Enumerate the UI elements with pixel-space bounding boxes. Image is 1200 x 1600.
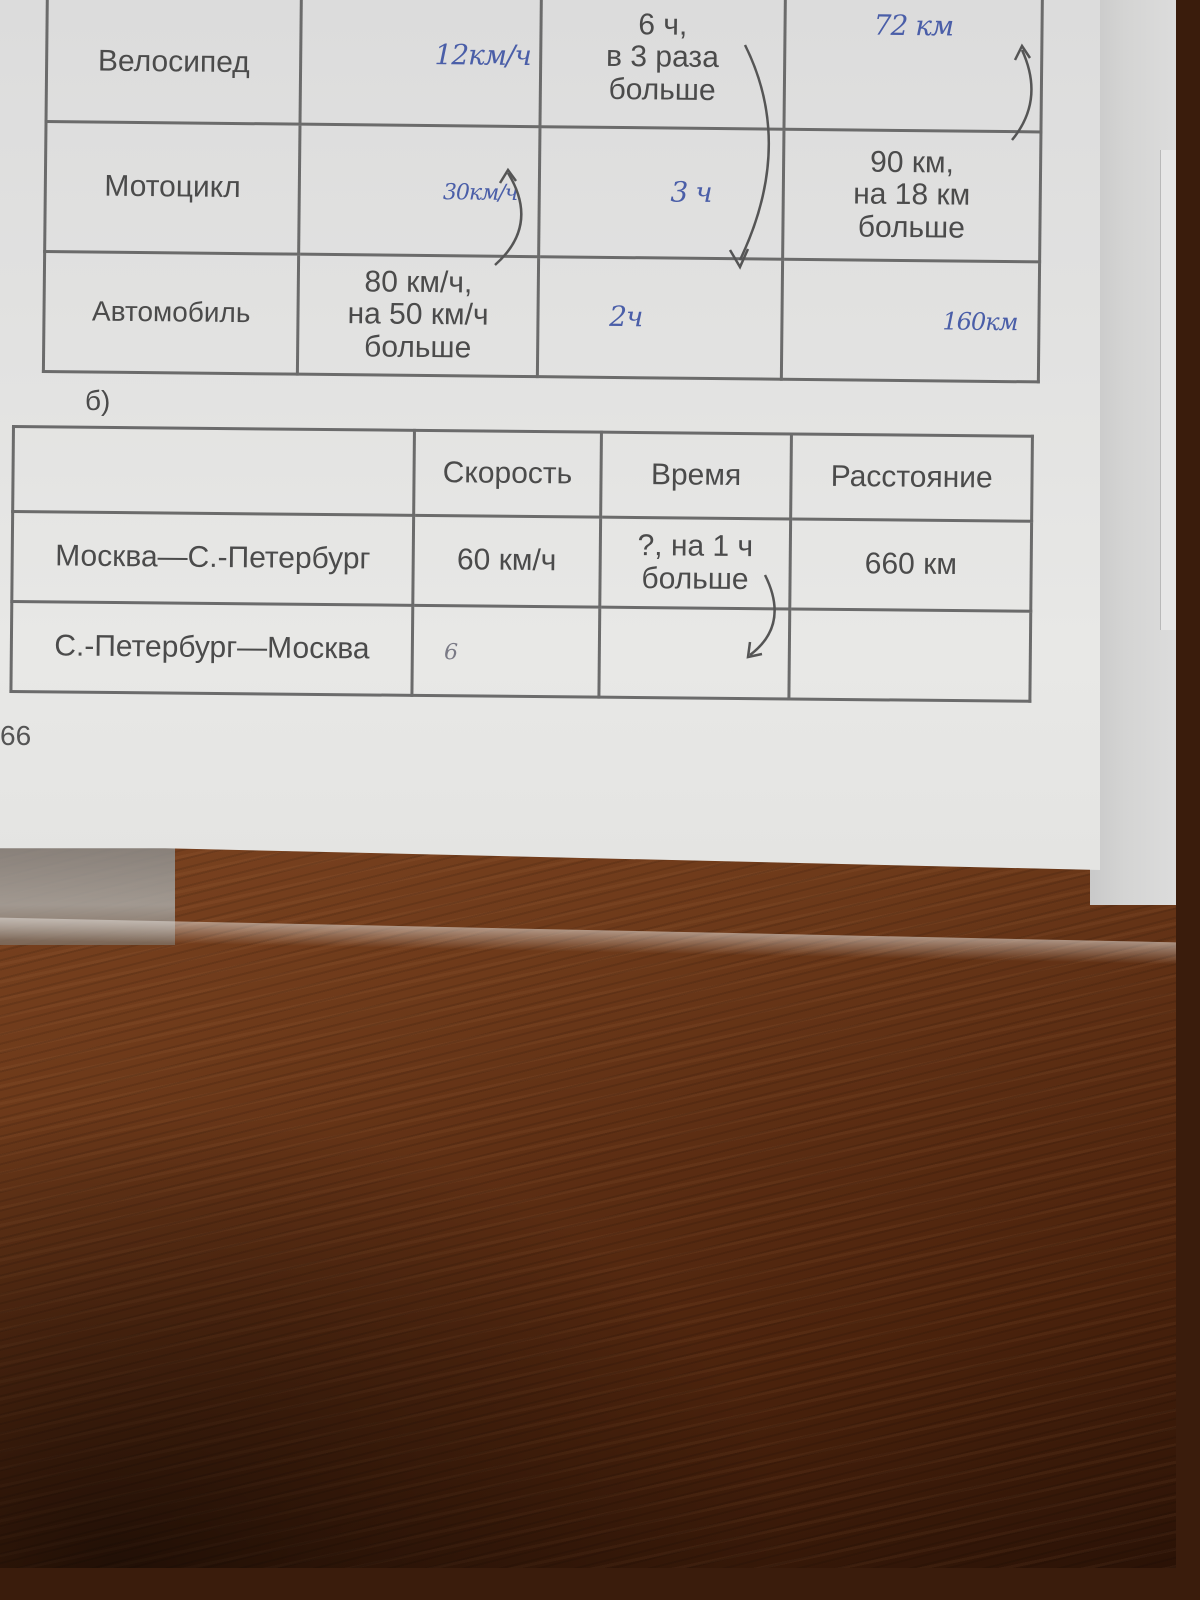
- arrow-speed-icon: [480, 165, 540, 275]
- table-b: Скорость Время Расстояние Москва—С.-Пете…: [9, 425, 1034, 703]
- arrow-distance-icon: [1000, 40, 1050, 150]
- speed-cell[interactable]: 12км/ч: [300, 0, 541, 127]
- handwritten-answer: 12км/ч: [434, 38, 531, 72]
- table-b-row-moscow-spb: Москва—С.-Петербург 60 км/ч ?, на 1 ч бо…: [12, 512, 1032, 612]
- header-speed: Скорость: [414, 430, 601, 517]
- table-a-row-motocikl: Мотоцикл 30км/ч 3 ч 90 км, на 18 км боль…: [45, 122, 1041, 262]
- page-number: 66: [0, 720, 31, 752]
- table-b-row-spb-moscow: С.-Петербург—Москва 6: [11, 602, 1031, 702]
- handwritten-answer: 72 км: [874, 9, 954, 43]
- arrow-time-icon: [700, 35, 790, 275]
- table-b-header-row: Скорость Время Расстояние: [13, 427, 1033, 522]
- arrow-time-b-icon: [740, 570, 790, 665]
- vehicle-cell: Велосипед: [46, 0, 302, 124]
- vehicle-cell: Автомобиль: [43, 252, 299, 375]
- time-cell[interactable]: 2ч: [537, 257, 782, 380]
- header-distance: Расстояние: [791, 434, 1033, 521]
- table-a-row-avtomobil: Автомобиль 80 км/ч, на 50 км/ч больше 2ч…: [43, 252, 1039, 382]
- table-a-row-velosiped: Велосипед 12км/ч 6 ч, в 3 раза больше 72…: [46, 0, 1042, 132]
- table-a: Велосипед 12км/ч 6 ч, в 3 раза больше 72…: [42, 0, 1044, 383]
- next-page-edge: [1160, 150, 1176, 630]
- header-empty: [13, 427, 415, 516]
- handwritten-answer: 160км: [942, 308, 1017, 337]
- header-time: Время: [600, 432, 791, 519]
- handwritten-answer: 2ч: [609, 300, 643, 333]
- textbook-page: Велосипед 12км/ч 6 ч, в 3 раза больше 72…: [0, 0, 1100, 870]
- section-b-label: б): [85, 385, 110, 417]
- route-cell: Москва—С.-Петербург: [12, 512, 414, 606]
- route-cell: С.-Петербург—Москва: [11, 602, 413, 696]
- speed-cell[interactable]: 6: [412, 605, 599, 697]
- distance-cell: 660 км: [790, 519, 1032, 611]
- distance-cell[interactable]: [789, 609, 1031, 701]
- handwritten-answer: 6: [444, 640, 457, 665]
- distance-cell[interactable]: 160км: [781, 259, 1039, 382]
- vehicle-cell: Мотоцикл: [45, 122, 301, 255]
- speed-cell: 60 км/ч: [413, 515, 600, 607]
